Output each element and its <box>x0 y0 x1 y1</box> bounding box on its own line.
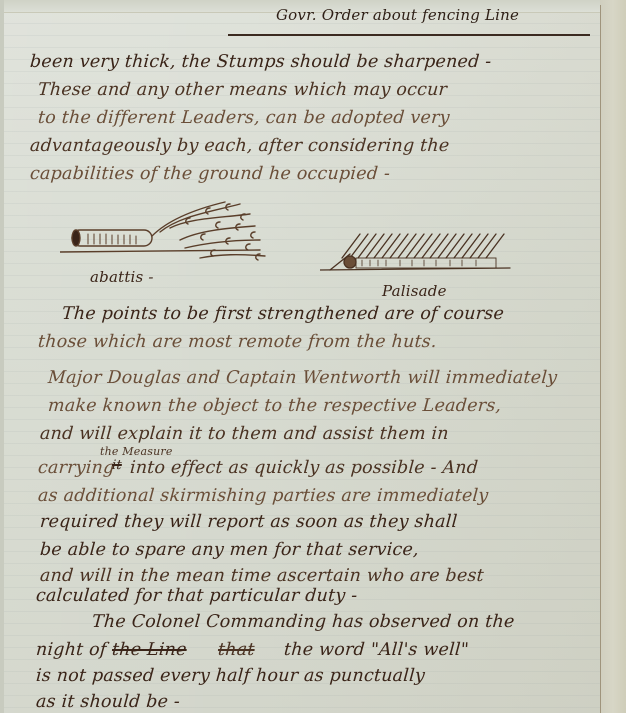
text-line: The points to be first strengthened are … <box>61 304 504 324</box>
text-line: the word "All's well" <box>283 640 469 660</box>
text-line: as it should be - <box>35 692 180 712</box>
text-line: been very thick, the Stumps should be sh… <box>29 52 492 72</box>
heading-underline <box>228 34 590 36</box>
text-line: and will in the mean time ascertain who … <box>39 566 484 586</box>
manuscript-page: Govr. Order about fencing Line been very… <box>0 0 626 713</box>
abattis-caption: abattis - <box>90 268 154 286</box>
text-line: These and any other means which may occu… <box>37 80 447 100</box>
text-line: is not passed every half hour as punctua… <box>35 666 425 686</box>
text-line: calculated for that particular duty - <box>35 586 358 606</box>
struck-text: the Line <box>111 640 187 660</box>
text-line: capabilities of the ground he occupied - <box>29 164 390 184</box>
paper-ruling <box>4 0 600 713</box>
text-line: to the different Leaders, can be adopted… <box>37 108 450 128</box>
text-line: The Colonel Commanding has observed on t… <box>91 612 515 632</box>
page-left-edge <box>0 0 4 713</box>
text-line: into effect as quickly as possible - And <box>129 458 479 478</box>
text-line: Major Douglas and Captain Wentworth will… <box>47 368 558 388</box>
text-line: make known the object to the respective … <box>47 396 502 416</box>
text-line: be able to spare any men for that servic… <box>39 540 419 560</box>
text-line: advantageously by each, after considerin… <box>29 136 450 156</box>
struck-word: it <box>111 458 122 473</box>
document-heading: Govr. Order about fencing Line <box>276 6 519 24</box>
struck-text: that <box>217 640 255 660</box>
text-line: night of <box>35 640 107 660</box>
text-line: and will explain it to them and assist t… <box>39 424 449 444</box>
insertion-text: the Measure <box>100 445 173 458</box>
text-line: as additional skirmishing parties are im… <box>37 486 489 506</box>
margin-rule-line <box>600 5 601 713</box>
right-margin-strip <box>600 0 626 713</box>
text-line: those which are most remote from the hut… <box>37 332 437 352</box>
text-line: carrying <box>37 458 115 478</box>
abattis-sketch <box>60 188 300 278</box>
text-line: required they will report as soon as the… <box>39 512 458 532</box>
palisade-sketch <box>320 228 520 280</box>
palisade-caption: Palisade <box>382 282 447 300</box>
